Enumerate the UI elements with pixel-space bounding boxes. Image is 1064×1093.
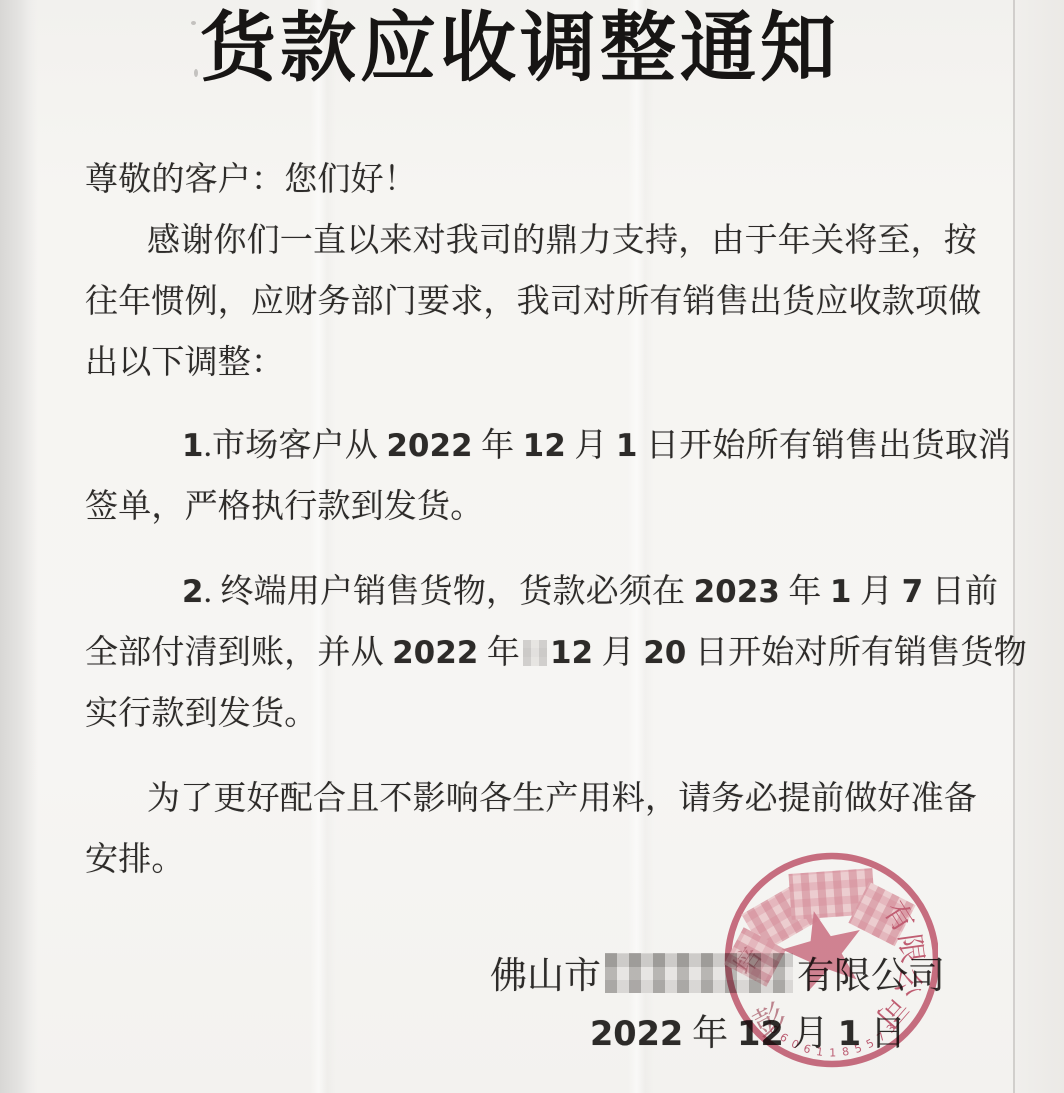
notice-body: 尊敬的客户：您们好！ 感谢你们一直以来对我司的鼎力支持，由于年关将至，按 往年惯…: [85, 150, 987, 1062]
intro-line: 出以下调整：: [85, 333, 987, 394]
company-name-line: 佛山市有限公司: [490, 949, 945, 1005]
intro-line: 感谢你们一直以来对我司的鼎力支持，由于年关将至，按: [85, 211, 987, 272]
item-2-line: 2. 终端用户销售货物，货款必须在 2023 年 1 月 7 日前: [85, 562, 987, 623]
item-1-line: 1.市场客户从 2022 年 12 月 1 日开始所有销售出货取消: [85, 416, 987, 477]
intro-line: 往年惯例，应财务部门要求，我司对所有销售出货应收款项做: [85, 272, 987, 333]
company-name-censor-mosaic: [605, 953, 793, 993]
item-2-paragraph: 2. 终端用户销售货物，货款必须在 2023 年 1 月 7 日前 全部付清到账…: [85, 562, 987, 745]
inline-censor-mosaic: [523, 640, 547, 666]
signature-block: 佛山市有限公司 2022 年 12 月 1 日: [490, 949, 945, 1062]
item-1-paragraph: 1.市场客户从 2022 年 12 月 1 日开始所有销售出货取消 签单，严格执…: [85, 416, 987, 538]
item-2-line: 实行款到发货。: [85, 684, 987, 745]
company-suffix: 有限公司: [797, 956, 945, 997]
item-1-line: 签单，严格执行款到发货。: [85, 477, 987, 538]
paper-edge-line: [1013, 0, 1015, 1093]
photo-left-edge: [0, 0, 38, 1093]
document-content: 货款应收调整通知 尊敬的客户：您们好！ 感谢你们一直以来对我司的鼎力支持，由于年…: [85, 0, 987, 1062]
closing-line: 安排。: [85, 830, 987, 891]
intro-paragraph: 感谢你们一直以来对我司的鼎力支持，由于年关将至，按 往年惯例，应财务部门要求，我…: [85, 211, 987, 394]
closing-paragraph: 为了更好配合且不影响各生产用料，请务必提前做好准备 安排。: [85, 769, 987, 891]
page-title: 货款应收调整通知: [53, 6, 987, 93]
notice-document-photo: 货款应收调整通知 尊敬的客户：您们好！ 感谢你们一直以来对我司的鼎力支持，由于年…: [0, 0, 1064, 1093]
item-2-line: 全部付清到账，并从 2022 年12 月 20 日开始对所有销售货物: [85, 623, 987, 684]
photo-right-edge: [1015, 0, 1064, 1093]
closing-line: 为了更好配合且不影响各生产用料，请务必提前做好准备: [85, 769, 987, 830]
company-prefix: 佛山市: [490, 956, 601, 997]
date-line: 2022 年 12 月 1 日: [490, 1005, 945, 1062]
salutation: 尊敬的客户：您们好！: [85, 150, 987, 211]
